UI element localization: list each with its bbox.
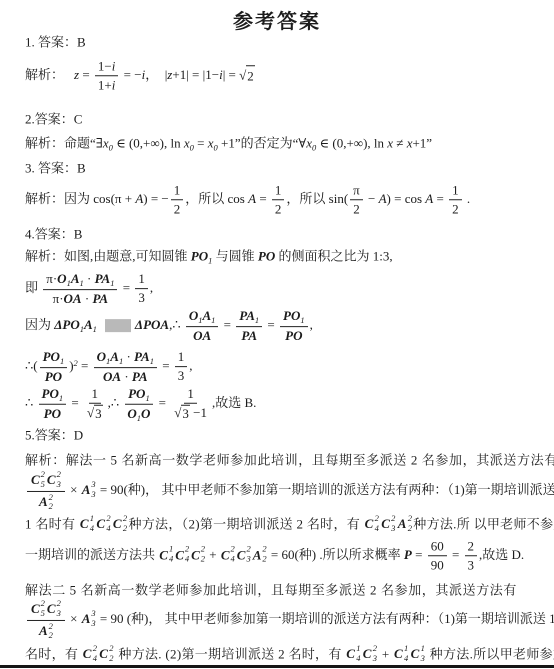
- math-text: PA: [132, 369, 148, 384]
- text-run: =: [220, 317, 234, 332]
- fraction: 13: [175, 349, 188, 385]
- text-run: 2: [174, 202, 181, 217]
- text-run: 1+: [98, 78, 112, 93]
- text-run: 解析：: [25, 67, 64, 82]
- text-run: ×: [67, 611, 81, 626]
- text-run: +1| = |1−: [172, 67, 219, 82]
- text-run: ) = cos: [387, 191, 426, 206]
- radical-sign-icon: √: [87, 405, 94, 421]
- math-text: A: [379, 191, 387, 206]
- answer-4: 4.答案：B: [25, 225, 82, 244]
- text-run: ×: [67, 482, 81, 497]
- scripted-symbol: C22: [99, 644, 114, 664]
- text-run: ,: [310, 317, 313, 332]
- text-run: =: [79, 67, 93, 82]
- math-text: i: [112, 58, 116, 73]
- text-run: 种方法. (2)第一期培训派送 2 名时，有: [115, 647, 345, 662]
- text-run: ， |: [145, 67, 167, 82]
- text-run: 的侧面积之比为 1:3,: [275, 249, 392, 264]
- text-run: 2: [452, 202, 459, 217]
- text-run: ∈ (0,+∞), ln: [113, 136, 184, 151]
- text-run: −1: [190, 405, 207, 420]
- math-text: A: [248, 191, 256, 206]
- math-text: P: [404, 547, 412, 562]
- text-run: 3: [182, 406, 189, 421]
- text-run: π·: [46, 271, 57, 286]
- text-run: ∴(: [25, 358, 38, 373]
- math-text: PO: [285, 328, 302, 343]
- text-run: 2: [353, 202, 360, 217]
- subscripted-symbol: PO1: [283, 308, 305, 323]
- math-text: O: [141, 406, 150, 421]
- fraction: PO1PO: [280, 308, 308, 344]
- scripted-symbol: C24: [96, 514, 111, 534]
- text-run: 1: [187, 386, 194, 401]
- text-run: =: [412, 547, 426, 562]
- text-run: ∈ (0,+∞), ln: [316, 136, 387, 151]
- text-run: =: [264, 317, 278, 332]
- solution-5-line-1: 解析：解法一 5 名新高一数学老师参加此培训，且每期至多派送 2 名参加，其派送…: [25, 451, 554, 470]
- text-run: =: [119, 280, 133, 295]
- text-run: 与圆锥: [212, 249, 258, 264]
- scripted-symbol: C24: [365, 514, 380, 534]
- text-run: ,: [189, 358, 192, 373]
- scripted-symbol: C23: [363, 644, 378, 664]
- text-run: ,故选 B.: [212, 395, 256, 410]
- scripted-symbol: A22: [39, 493, 53, 513]
- text-run: 2: [275, 202, 282, 217]
- text-run: 1 名时有: [25, 517, 79, 532]
- text-run: 5.答案：D: [25, 428, 83, 443]
- text-run: 1: [138, 271, 145, 286]
- radical: √3: [87, 405, 103, 422]
- text-run: =: [194, 136, 208, 151]
- text-run: ，所以 cos: [185, 191, 248, 206]
- text-run: ,∴: [108, 395, 123, 410]
- fraction: PO1PO: [39, 386, 67, 422]
- math-text: PO: [258, 249, 275, 264]
- radical: √2: [239, 65, 255, 85]
- fraction: PO1PO: [40, 349, 68, 385]
- text-run: 1. 答案：B: [25, 35, 86, 50]
- solution-5-line-6: C25C23A22 × A33 = 90 (种)， 其中甲老师参加第一期培训的派…: [25, 599, 554, 641]
- radical-sign-icon: √: [174, 405, 181, 421]
- scripted-symbol: C13: [411, 644, 426, 664]
- solution-4-line-2: 即 π·O1A1 · PA1π·OA · PA = 13,: [25, 271, 153, 307]
- text-run: ≠: [393, 136, 407, 151]
- subscripted-symbol: PA1: [95, 271, 115, 286]
- text-run: 解析：解法一 5 名新高一数学老师参加此培训，且每期至多派送 2 名参加，其派送…: [25, 453, 554, 468]
- text-run: 2: [468, 538, 475, 553]
- solution-4-line-4: ∴(PO1PO)2 = O1A1 · PA1OA · PA = 13,: [25, 349, 193, 385]
- text-run: =: [159, 358, 173, 373]
- subscripted-symbol: PA1: [239, 308, 259, 323]
- math-text: PO: [44, 406, 61, 421]
- text-run: ) = −: [143, 191, 169, 206]
- scripted-symbol: C23: [381, 514, 396, 534]
- text-run: 90: [431, 558, 444, 573]
- text-run: 名时，有: [25, 647, 82, 662]
- document-page: 参考答案 1. 答案：B解析：z = 1−i1+i = −i， |z+1| = …: [0, 0, 554, 669]
- scripted-symbol: A22: [398, 514, 413, 534]
- text-run: ·: [123, 349, 134, 364]
- subscripted-symbol: O1: [189, 308, 203, 323]
- fraction: PA1PA: [236, 308, 262, 344]
- text-run: 即: [25, 280, 41, 295]
- solution-2: 解析：命题“∃x0 ∈ (0,+∞), ln x0 = x0 +1”的否定为“∀…: [25, 134, 432, 153]
- radical-sign-icon: √: [239, 65, 246, 84]
- subscripted-symbol: x0: [184, 136, 194, 151]
- fraction: 1√3 −1: [171, 386, 210, 423]
- fraction: 12: [272, 182, 285, 218]
- math-text: PA: [241, 328, 257, 343]
- scripted-symbol: C25: [31, 599, 45, 619]
- text-run: +1”的否定为“∀: [218, 136, 306, 151]
- math-text: ΔPOA: [135, 317, 169, 332]
- text-run: =: [155, 395, 169, 410]
- text-run: = −: [120, 67, 141, 82]
- text-run: 解析：因为 cos(π +: [25, 191, 135, 206]
- text-run: 3. 答案：B: [25, 161, 86, 176]
- text-run: ,: [150, 280, 153, 295]
- subscripted-symbol: O1: [57, 271, 71, 286]
- text-run: =: [449, 547, 463, 562]
- fraction: 1√3: [84, 386, 106, 423]
- subscripted-symbol: ΔPO1: [54, 317, 84, 332]
- text-run: 1: [452, 182, 459, 197]
- fraction: 1−i1+i: [95, 58, 118, 94]
- subscripted-symbol: PO1: [191, 249, 213, 264]
- text-run: 3: [138, 291, 145, 306]
- text-run: 解析：如图,由题意,可知圆锥: [25, 249, 191, 264]
- text-run: = 90 (种)， 其中甲老师参加第一期培训的派送方法有两种：（1)第一期培训派…: [97, 611, 554, 626]
- subscripted-symbol: PO1: [42, 386, 64, 401]
- fraction: 13: [135, 271, 148, 307]
- scripted-symbol: C24: [175, 545, 189, 565]
- answer-3: 3. 答案：B: [25, 159, 86, 178]
- text-run: .: [464, 191, 471, 206]
- subscripted-symbol: A1: [84, 317, 97, 332]
- subscripted-symbol: O1: [127, 406, 141, 421]
- fraction: C25C23A22: [27, 599, 65, 641]
- scripted-symbol: C14: [346, 644, 361, 664]
- math-text: OA: [103, 369, 121, 384]
- fraction: 6090: [428, 538, 447, 574]
- text-run: 60: [431, 538, 444, 553]
- text-run: ,故选 D.: [479, 547, 524, 562]
- solution-5-line-5: 解法二 5 名新高一数学老师参加此培训，且每期至多派送 2 名参加，其派送方法有: [25, 581, 517, 600]
- scripted-symbol: A33: [82, 480, 96, 500]
- text-run: +1”: [412, 136, 432, 151]
- text-run: 1: [275, 182, 282, 197]
- text-run: −: [365, 191, 379, 206]
- text-run: 种方法.所以甲老师参加第一: [426, 647, 554, 662]
- fraction: 23: [465, 538, 478, 574]
- text-run: =: [78, 358, 92, 373]
- highlight-box: [105, 320, 131, 333]
- scripted-symbol: C14: [394, 644, 409, 664]
- solution-1: 解析：z = 1−i1+i = −i， |z+1| = |1−i| = √2: [25, 58, 255, 94]
- text-run: 1: [178, 349, 185, 364]
- answer-5: 5.答案：D: [25, 426, 83, 445]
- scripted-symbol: C14: [159, 545, 173, 565]
- scripted-symbol: C24: [221, 545, 235, 565]
- subscripted-symbol: x0: [103, 136, 113, 151]
- text-run: ·: [82, 291, 93, 306]
- fraction: 12: [449, 182, 462, 218]
- text-run: 2: [247, 68, 254, 83]
- text-run: =: [256, 191, 270, 206]
- page-title: 参考答案: [0, 5, 554, 34]
- fraction: O1A1OA: [186, 308, 219, 344]
- subscripted-symbol: PA1: [134, 349, 154, 364]
- solution-4-line-1: 解析：如图,由题意,可知圆锥 PO1 与圆锥 PO 的侧面积之比为 1:3,: [25, 247, 393, 266]
- scripted-symbol: C14: [80, 514, 95, 534]
- solution-4-line-3: 因为 ΔPO1A1ΔPOA,∴ O1A1OA = PA1PA = PO1PO,: [25, 308, 313, 344]
- scripted-symbol: A33: [82, 609, 96, 629]
- subscripted-symbol: PO1: [128, 386, 150, 401]
- scripted-symbol: C23: [47, 470, 61, 490]
- subscripted-symbol: A1: [71, 271, 84, 286]
- text-run: π: [353, 182, 360, 197]
- text-run: ，所以 sin(: [286, 191, 348, 206]
- text-run: 1−: [98, 58, 112, 73]
- solution-3: 解析：因为 cos(π + A) = −12，所以 cos A = 12，所以 …: [25, 182, 470, 218]
- text-run: = 90(种)， 其中甲老师不参加第一期培训的派送方法有两种：（1)第一期培训派…: [97, 482, 554, 497]
- text-run: | =: [223, 67, 239, 82]
- math-text: OA: [193, 328, 211, 343]
- radical: √3: [174, 405, 190, 422]
- fraction: O1A1 · PA1OA · PA: [94, 349, 157, 385]
- text-run: π·: [53, 291, 64, 306]
- subscripted-symbol: x0: [306, 136, 316, 151]
- solution-5-line-7: 名时，有 C24C22 种方法. (2)第一期培训派送 2 名时，有 C14C2…: [25, 644, 554, 664]
- text-run: 1: [92, 386, 99, 401]
- scripted-symbol: C24: [83, 644, 98, 664]
- subscripted-symbol: O1: [97, 349, 111, 364]
- text-run: 因为: [25, 317, 54, 332]
- text-run: 种方法.所 以甲老师不参加第: [413, 517, 554, 532]
- text-run: =: [433, 191, 447, 206]
- bottom-rule: [0, 665, 554, 668]
- solution-5-line-3: 1 名时有 C14C24C22种方法，（2)第一期培训派送 2 名时，有 C24…: [25, 514, 554, 534]
- text-run: = 60(种) .所以所求概率: [268, 547, 404, 562]
- math-text: PA: [92, 291, 108, 306]
- solution-5-line-4: 一期培训的派送方法共 C14C24C22 + C24C23A22 = 60(种)…: [25, 538, 524, 574]
- text-run: ·: [121, 369, 132, 384]
- scripted-symbol: C25: [31, 470, 45, 490]
- text-run: 解析：命题“∃: [25, 136, 103, 151]
- fraction: 12: [171, 182, 184, 218]
- subscripted-symbol: A1: [110, 349, 123, 364]
- fraction: PO1O1O: [124, 386, 153, 422]
- scripted-symbol: A22: [39, 622, 53, 642]
- scripted-symbol: A22: [253, 545, 267, 565]
- text-run: 解法二 5 名新高一数学老师参加此培训，且每期至多派送 2 名参加，其派送方法有: [25, 583, 517, 598]
- text-run: 2.答案：C: [25, 112, 82, 127]
- scripted-symbol: C23: [237, 545, 251, 565]
- math-text: i: [112, 78, 116, 93]
- solution-5-line-2: C25C23A22 × A33 = 90(种)， 其中甲老师不参加第一期培训的派…: [25, 470, 554, 512]
- subscripted-symbol: PO1: [43, 349, 65, 364]
- scripted-symbol: C22: [191, 545, 205, 565]
- math-text: PO: [45, 369, 62, 384]
- subscripted-symbol: A1: [203, 308, 216, 323]
- text-run: ∴: [25, 395, 37, 410]
- scripted-symbol: C23: [47, 599, 61, 619]
- solution-4-line-5: ∴ PO1PO = 1√3,∴ PO1O1O = 1√3 −1,故选 B.: [25, 386, 256, 423]
- answer-2: 2.答案：C: [25, 110, 82, 129]
- text-run: +: [206, 547, 220, 562]
- math-text: OA: [64, 291, 82, 306]
- subscripted-symbol: x0: [208, 136, 218, 151]
- text-run: 3: [468, 558, 475, 573]
- fraction: π2: [350, 182, 363, 218]
- text-run: 3: [178, 369, 185, 384]
- text-run: ·: [84, 271, 95, 286]
- text-run: 一期培训的派送方法共: [25, 547, 158, 562]
- text-run: =: [68, 395, 82, 410]
- text-run: ,∴: [169, 317, 184, 332]
- answer-1: 1. 答案：B: [25, 33, 86, 52]
- text-run: 种方法，（2)第一期培训派送 2 名时，有: [128, 517, 363, 532]
- scripted-symbol: C22: [113, 514, 128, 534]
- text-run: 4.答案：B: [25, 227, 82, 242]
- text-run: 3: [95, 406, 102, 421]
- text-run: 1: [174, 182, 181, 197]
- fraction: C25C23A22: [27, 470, 65, 512]
- fraction: π·O1A1 · PA1π·OA · PA: [43, 271, 117, 307]
- text-run: +: [378, 647, 393, 662]
